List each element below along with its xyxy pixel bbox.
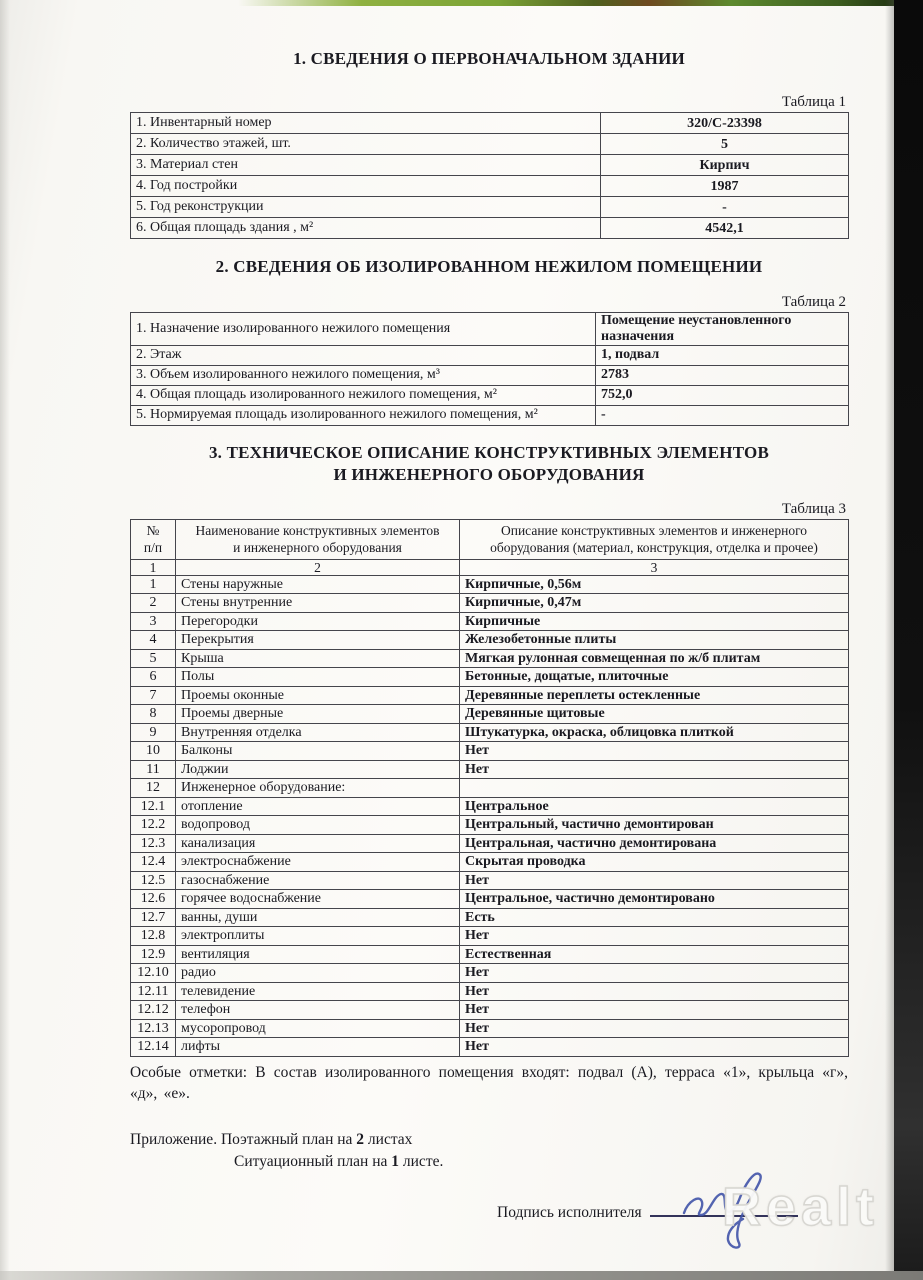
table-row: 12.14лифтыНет (131, 1038, 849, 1057)
table-cell-desc: Кирпичные, 0,56м (460, 575, 849, 594)
table-row: 12.5газоснабжениеНет (131, 871, 849, 890)
table-row: 1. Назначение изолированного нежилого по… (131, 313, 849, 345)
table-cell-value: - (601, 197, 849, 218)
table-row: 2. Этаж1, подвал (131, 345, 849, 365)
table-cell-value: 1987 (601, 176, 849, 197)
table-cell-num: 4 (131, 631, 176, 650)
section-3-title-line1: 3. ТЕХНИЧЕСКОЕ ОПИСАНИЕ КОНСТРУКТИВНЫХ Э… (209, 443, 769, 462)
table-row: 12.12телефонНет (131, 1001, 849, 1020)
appendix-line-2-text: Ситуационный план на (234, 1153, 391, 1170)
table-cell-desc: Нет (460, 1001, 849, 1020)
scan-edge-right (894, 0, 923, 1280)
table-row: 12.13мусоропроводНет (131, 1019, 849, 1038)
table-cell-name: радио (176, 964, 460, 983)
table-cell-desc: Кирпичные, 0,47м (460, 594, 849, 613)
table-row: 8Проемы дверныеДеревянные щитовые (131, 705, 849, 724)
table-cell-num: 12.11 (131, 982, 176, 1001)
appendix-line-1: Приложение. Поэтажный план на 2 листах (130, 1129, 848, 1151)
table-cell-desc: Нет (460, 927, 849, 946)
table-cell-name: Проемы оконные (176, 686, 460, 705)
table-cell-desc: Центральное (460, 797, 849, 816)
table-row: 6ПолыБетонные, дощатые, плиточные (131, 668, 849, 687)
table-cell-desc: Нет (460, 1038, 849, 1057)
table-row: 12.7ванны, душиЕсть (131, 908, 849, 927)
section-1-title: 1. СВЕДЕНИЯ О ПЕРВОНАЧАЛЬНОМ ЗДАНИИ (130, 48, 848, 70)
table-row: 12.3канализацияЦентральная, частично дем… (131, 834, 849, 853)
table-row: 4ПерекрытияЖелезобетонные плиты (131, 631, 849, 650)
table-3-colnum-row: 1 2 3 (131, 559, 849, 575)
table-row: 12.4электроснабжениеСкрытая проводка (131, 853, 849, 872)
table-cell-value: 5 (601, 134, 849, 155)
table-cell-desc: Нет (460, 1019, 849, 1038)
table-cell-num: 12.4 (131, 853, 176, 872)
table-row: 5КрышаМягкая рулонная совмещенная по ж/б… (131, 649, 849, 668)
table-cell-name: ванны, души (176, 908, 460, 927)
table-cell-num: 12.10 (131, 964, 176, 983)
table-cell-desc: Нет (460, 742, 849, 761)
appendix-line-1-text: Приложение. Поэтажный план на (130, 1131, 356, 1148)
table-cell-num: 12.13 (131, 1019, 176, 1038)
table-cell-name: Перекрытия (176, 631, 460, 650)
table-1-caption: Таблица 1 (130, 94, 846, 111)
table-cell-name: электроплиты (176, 927, 460, 946)
table-cell-num: 6 (131, 668, 176, 687)
appendix-line-1-count: 2 (356, 1131, 364, 1148)
document-content: 1. СВЕДЕНИЯ О ПЕРВОНАЧАЛЬНОМ ЗДАНИИ Табл… (130, 34, 848, 1245)
table-cell-value: 752,0 (596, 385, 849, 405)
table-cell-name: мусоропровод (176, 1019, 460, 1038)
table-cell-name: отопление (176, 797, 460, 816)
table-3-header: № п/п Наименование конструктивных элемен… (131, 519, 849, 575)
table-cell-desc (460, 779, 849, 798)
table-cell-num: 12.6 (131, 890, 176, 909)
table-cell-name: канализация (176, 834, 460, 853)
scan-edge-left (0, 0, 10, 1280)
table-cell-num: 3 (131, 612, 176, 631)
table-cell-name: Внутренняя отделка (176, 723, 460, 742)
table-cell-desc: Кирпичные (460, 612, 849, 631)
table-cell-desc: Деревянные переплеты остекленные (460, 686, 849, 705)
table-cell-name: Полы (176, 668, 460, 687)
table-cell-num: 12.3 (131, 834, 176, 853)
table-cell-label: 2. Количество этажей, шт. (131, 134, 601, 155)
table-cell-value: 320/С-23398 (601, 113, 849, 134)
table-row: 3. Объем изолированного нежилого помещен… (131, 365, 849, 385)
table-row: 4. Общая площадь изолированного нежилого… (131, 385, 849, 405)
table-cell-num: 9 (131, 723, 176, 742)
table-cell-value: 2783 (596, 365, 849, 385)
table-cell-value: 4542,1 (601, 218, 849, 239)
table-cell-label: 3. Материал стен (131, 155, 601, 176)
table-cell-name: Перегородки (176, 612, 460, 631)
table-row: 2Стены внутренниеКирпичные, 0,47м (131, 594, 849, 613)
table-cell-desc: Центральный, частично демонтирован (460, 816, 849, 835)
table-cell-num: 12.1 (131, 797, 176, 816)
table-cell-num: 1 (131, 575, 176, 594)
table-row: 1Стены наружныеКирпичные, 0,56м (131, 575, 849, 594)
table-cell-label: 2. Этаж (131, 345, 596, 365)
scan-edge-right-shade (885, 0, 894, 1280)
section-3-title-line2: И ИНЖЕНЕРНОГО ОБОРУДОВАНИЯ (130, 464, 848, 486)
table-row: 5. Год реконструкции- (131, 197, 849, 218)
table-cell-label: 4. Год постройки (131, 176, 601, 197)
table-cell-name: лифты (176, 1038, 460, 1057)
table-cell-name: Инженерное оборудование: (176, 779, 460, 798)
table-cell-label: 1. Инвентарный номер (131, 113, 601, 134)
table-row: 3ПерегородкиКирпичные (131, 612, 849, 631)
table-cell-value: Кирпич (601, 155, 849, 176)
table-cell-num: 2 (131, 594, 176, 613)
table-row: 12.9вентиляцияЕстественная (131, 945, 849, 964)
table-cell-desc: Штукатурка, окраска, облицовка плиткой (460, 723, 849, 742)
appendix-line-2-count: 1 (391, 1153, 399, 1170)
table-cell-desc: Нет (460, 964, 849, 983)
table-cell-num: 12.9 (131, 945, 176, 964)
table-1: 1. Инвентарный номер320/С-233982. Количе… (130, 112, 849, 239)
table-row: 6. Общая площадь здания , м²4542,1 (131, 218, 849, 239)
table-3: № п/п Наименование конструктивных элемен… (130, 519, 849, 1057)
table-cell-desc: Бетонные, дощатые, плиточные (460, 668, 849, 687)
table-cell-num: 12.2 (131, 816, 176, 835)
table-cell-name: газоснабжение (176, 871, 460, 890)
table-cell-value: Помещение неустановленного назначения (596, 313, 849, 345)
appendix-line-2-suffix: листе. (399, 1153, 443, 1170)
table-cell-desc: Нет (460, 760, 849, 779)
scan-edge-bottom (0, 1271, 923, 1280)
table-cell-name: Проемы дверные (176, 705, 460, 724)
table-cell-label: 6. Общая площадь здания , м² (131, 218, 601, 239)
table-cell-name: телефон (176, 1001, 460, 1020)
table-cell-desc: Железобетонные плиты (460, 631, 849, 650)
table-cell-num: 8 (131, 705, 176, 724)
table-3-caption: Таблица 3 (130, 501, 846, 518)
table-cell-num: 10 (131, 742, 176, 761)
table-cell-name: водопровод (176, 816, 460, 835)
table-cell-desc: Естественная (460, 945, 849, 964)
table-cell-label: 1. Назначение изолированного нежилого по… (131, 313, 596, 345)
table-cell-desc: Центральная, частично демонтирована (460, 834, 849, 853)
scan-edge-top (238, 0, 923, 6)
table-row: 12.11телевидениеНет (131, 982, 849, 1001)
table-cell-num: 12.7 (131, 908, 176, 927)
table-cell-desc: Нет (460, 982, 849, 1001)
table-3-colnum-3: 3 (460, 559, 849, 575)
table-cell-name: Стены внутренние (176, 594, 460, 613)
table-cell-name: Балконы (176, 742, 460, 761)
table-cell-value: 1, подвал (596, 345, 849, 365)
table-row: 1. Инвентарный номер320/С-23398 (131, 113, 849, 134)
table-cell-name: телевидение (176, 982, 460, 1001)
table-row: 12.10радиоНет (131, 964, 849, 983)
table-cell-name: вентиляция (176, 945, 460, 964)
table-cell-name: Лоджии (176, 760, 460, 779)
realt-watermark: Realt (722, 1176, 879, 1238)
table-3-header-desc: Описание конструктивных элементов и инже… (460, 519, 849, 559)
table-cell-num: 12.12 (131, 1001, 176, 1020)
table-cell-num: 12.8 (131, 927, 176, 946)
table-row: 7Проемы оконныеДеревянные переплеты осте… (131, 686, 849, 705)
table-cell-desc: Центральное, частично демонтировано (460, 890, 849, 909)
table-row: 12.2водопроводЦентральный, частично демо… (131, 816, 849, 835)
table-cell-desc: Мягкая рулонная совмещенная по ж/б плита… (460, 649, 849, 668)
table-cell-num: 11 (131, 760, 176, 779)
section-2-title: 2. СВЕДЕНИЯ ОБ ИЗОЛИРОВАННОМ НЕЖИЛОМ ПОМ… (130, 256, 848, 278)
table-cell-label: 3. Объем изолированного нежилого помещен… (131, 365, 596, 385)
table-row: 3. Материал стенКирпич (131, 155, 849, 176)
table-cell-desc: Нет (460, 871, 849, 890)
table-3-colnum-1: 1 (131, 559, 176, 575)
table-3-header-name: Наименование конструктивных элементов и … (176, 519, 460, 559)
table-3-header-num: № п/п (131, 519, 176, 559)
table-cell-desc: Деревянные щитовые (460, 705, 849, 724)
document-page: 1. СВЕДЕНИЯ О ПЕРВОНАЧАЛЬНОМ ЗДАНИИ Табл… (0, 0, 923, 1280)
table-cell-num: 7 (131, 686, 176, 705)
table-cell-num: 12.14 (131, 1038, 176, 1057)
section-3-title: 3. ТЕХНИЧЕСКОЕ ОПИСАНИЕ КОНСТРУКТИВНЫХ Э… (130, 442, 848, 486)
table-2: 1. Назначение изолированного нежилого по… (130, 312, 849, 425)
table-cell-desc: Скрытая проводка (460, 853, 849, 872)
table-cell-desc: Есть (460, 908, 849, 927)
table-row: 10БалконыНет (131, 742, 849, 761)
table-cell-value: - (596, 405, 849, 425)
table-cell-label: 5. Год реконструкции (131, 197, 601, 218)
table-cell-name: электроснабжение (176, 853, 460, 872)
table-2-caption: Таблица 2 (130, 294, 846, 311)
table-row: 4. Год постройки1987 (131, 176, 849, 197)
table-row: 9Внутренняя отделкаШтукатурка, окраска, … (131, 723, 849, 742)
table-row: 12.1отоплениеЦентральное (131, 797, 849, 816)
table-row: 5. Нормируемая площадь изолированного не… (131, 405, 849, 425)
table-cell-label: 5. Нормируемая площадь изолированного не… (131, 405, 596, 425)
table-cell-label: 4. Общая площадь изолированного нежилого… (131, 385, 596, 405)
table-3-colnum-2: 2 (176, 559, 460, 575)
table-cell-name: Крыша (176, 649, 460, 668)
table-cell-name: горячее водоснабжение (176, 890, 460, 909)
signature-label: Подпись исполнителя (497, 1204, 642, 1221)
appendix-line-1-suffix: листах (364, 1131, 412, 1148)
table-row: 11ЛоджииНет (131, 760, 849, 779)
table-cell-num: 5 (131, 649, 176, 668)
table-cell-num: 12.5 (131, 871, 176, 890)
special-notes: Особые отметки: В состав изолированного … (130, 1062, 848, 1105)
table-cell-num: 12 (131, 779, 176, 798)
table-row: 12.8электроплитыНет (131, 927, 849, 946)
table-row: 12Инженерное оборудование: (131, 779, 849, 798)
table-cell-name: Стены наружные (176, 575, 460, 594)
table-row: 2. Количество этажей, шт.5 (131, 134, 849, 155)
table-row: 12.6горячее водоснабжениеЦентральное, ча… (131, 890, 849, 909)
